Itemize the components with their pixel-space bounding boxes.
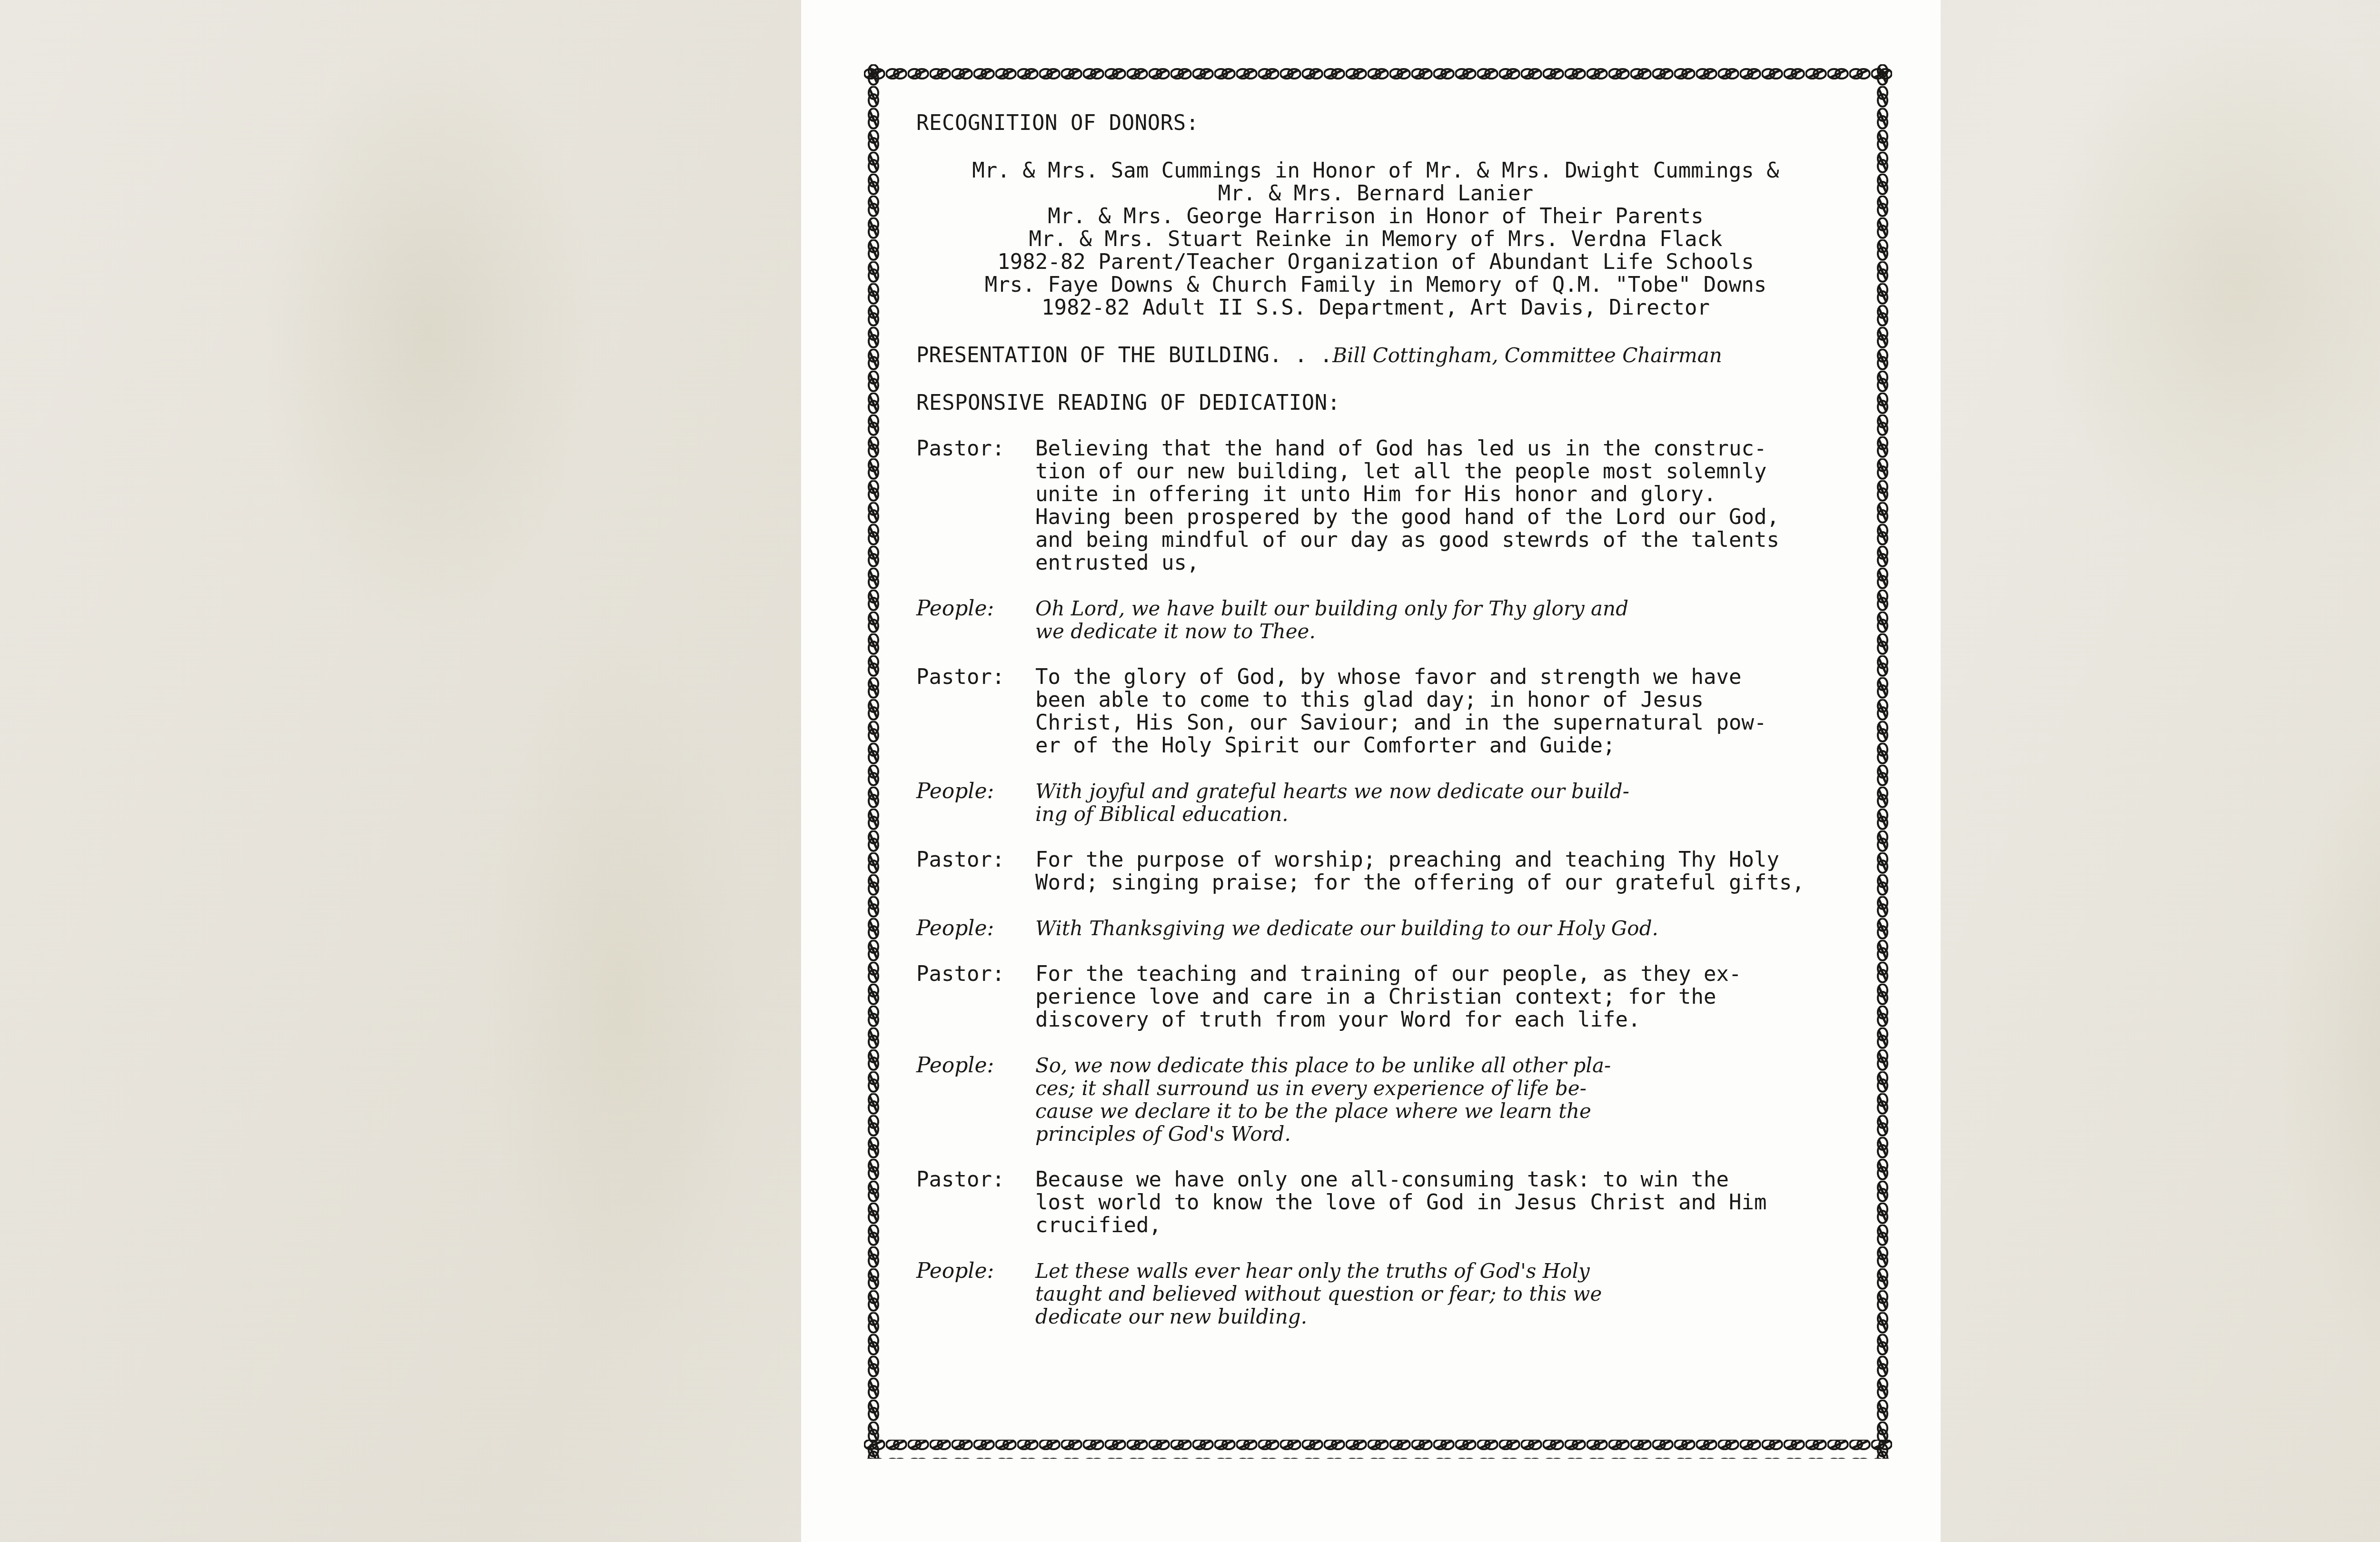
reading-text: Because we have only one all-consuming t… <box>1035 1168 1873 1237</box>
document-content: RECOGNITION OF DONORS: Mr. & Mrs. Sam Cu… <box>916 112 1873 1351</box>
reading-line: Christ, His Son, our Saviour; and in the… <box>1035 712 1873 734</box>
reading-text: Oh Lord, we have built our building only… <box>1035 597 1873 643</box>
reading-line: discovery of truth from your Word for ea… <box>1035 1008 1873 1031</box>
people-response: People:With Thanksgiving we dedicate our… <box>916 917 1873 940</box>
speaker-label: People: <box>916 597 1035 643</box>
reading-text: To the glory of God, by whose favor and … <box>1035 666 1873 757</box>
reading-text: Believing that the hand of God has led u… <box>1035 437 1873 574</box>
recognition-heading: RECOGNITION OF DONORS: <box>916 112 1873 135</box>
pastor-reading: Pastor:Believing that the hand of God ha… <box>916 437 1873 574</box>
reading-line: Let these walls ever hear only the truth… <box>1035 1260 1873 1283</box>
reading-line: and being mindful of our day as good ste… <box>1035 529 1873 552</box>
speaker-label: People: <box>916 1260 1035 1328</box>
donor-line: Mrs. Faye Downs & Church Family in Memor… <box>916 274 1835 297</box>
speaker-label: People: <box>916 917 1035 940</box>
donor-list: Mr. & Mrs. Sam Cummings in Honor of Mr. … <box>916 159 1873 319</box>
reading-line: To the glory of God, by whose favor and … <box>1035 666 1873 689</box>
reading-line: ing of Biblical education. <box>1035 803 1873 826</box>
pastor-reading: Pastor:For the teaching and training of … <box>916 963 1873 1031</box>
donor-line: Mr. & Mrs. Stuart Reinke in Memory of Mr… <box>916 228 1835 251</box>
reading-line: With joyful and grateful hearts we now d… <box>1035 780 1873 803</box>
pastor-reading: Pastor:To the glory of God, by whose fav… <box>916 666 1873 757</box>
reading-line: entrusted us, <box>1035 552 1873 574</box>
reading-line: So, we now dedicate this place to be unl… <box>1035 1054 1873 1077</box>
reading-line: tion of our new building, let all the pe… <box>1035 460 1873 483</box>
speaker-label: Pastor: <box>916 1168 1035 1237</box>
reading-line: unite in offering it unto Him for His ho… <box>1035 483 1873 506</box>
reading-text: For the teaching and training of our peo… <box>1035 963 1873 1031</box>
reading-line: dedicate our new building. <box>1035 1305 1873 1328</box>
donor-line: 1982-82 Adult II S.S. Department, Art Da… <box>916 297 1835 319</box>
speaker-label: Pastor: <box>916 849 1035 894</box>
people-response: People:With joyful and grateful hearts w… <box>916 780 1873 826</box>
reading-line: Because we have only one all-consuming t… <box>1035 1168 1873 1191</box>
reading-line: perience love and care in a Christian co… <box>1035 986 1873 1008</box>
reading-line: crucified, <box>1035 1214 1873 1237</box>
speaker-label: People: <box>916 780 1035 826</box>
presentation-label: PRESENTATION OF THE BUILDING. . . <box>916 343 1332 367</box>
donor-line: Mr. & Mrs. Sam Cummings in Honor of Mr. … <box>916 159 1835 182</box>
reading-line: cause we declare it to be the place wher… <box>1035 1100 1873 1123</box>
speaker-label: People: <box>916 1054 1035 1146</box>
reading-line: er of the Holy Spirit our Comforter and … <box>1035 734 1873 757</box>
reading-text: So, we now dedicate this place to be unl… <box>1035 1054 1873 1146</box>
donor-line: Mr. & Mrs. George Harrison in Honor of T… <box>916 205 1835 228</box>
reading-line: With Thanksgiving we dedicate our buildi… <box>1035 917 1873 940</box>
reading-line: Believing that the hand of God has led u… <box>1035 437 1873 460</box>
speaker-label: Pastor: <box>916 963 1035 1031</box>
responsive-reading: Pastor:Believing that the hand of God ha… <box>916 437 1873 1328</box>
reading-line: we dedicate it now to Thee. <box>1035 620 1873 643</box>
reading-line: been able to come to this glad day; in h… <box>1035 689 1873 712</box>
donor-line: Mr. & Mrs. Bernard Lanier <box>916 182 1835 205</box>
presenter-name: Bill Cottingham, Committee Chairman <box>1332 344 1722 367</box>
responsive-reading-heading: RESPONSIVE READING OF DEDICATION: <box>916 392 1873 415</box>
people-response: People:So, we now dedicate this place to… <box>916 1054 1873 1146</box>
reading-text: With joyful and grateful hearts we now d… <box>1035 780 1873 826</box>
reading-line: ces; it shall surround us in every exper… <box>1035 1077 1873 1100</box>
reading-text: With Thanksgiving we dedicate our buildi… <box>1035 917 1873 940</box>
reading-line: For the purpose of worship; preaching an… <box>1035 849 1873 871</box>
reading-line: Word; singing praise; for the offering o… <box>1035 871 1873 894</box>
pastor-reading: Pastor:Because we have only one all-cons… <box>916 1168 1873 1237</box>
speaker-label: Pastor: <box>916 666 1035 757</box>
reading-line: lost world to know the love of God in Je… <box>1035 1191 1873 1214</box>
people-response: People:Let these walls ever hear only th… <box>916 1260 1873 1328</box>
reading-text: Let these walls ever hear only the truth… <box>1035 1260 1873 1328</box>
reading-line: principles of God's Word. <box>1035 1123 1873 1146</box>
reading-line: Having been prospered by the good hand o… <box>1035 506 1873 529</box>
speaker-label: Pastor: <box>916 437 1035 574</box>
reading-line: taught and believed without question or … <box>1035 1283 1873 1305</box>
presentation-line: PRESENTATION OF THE BUILDING. . .Bill Co… <box>916 344 1873 367</box>
people-response: People:Oh Lord, we have built our buildi… <box>916 597 1873 643</box>
reading-text: For the purpose of worship; preaching an… <box>1035 849 1873 894</box>
pastor-reading: Pastor:For the purpose of worship; preac… <box>916 849 1873 894</box>
donor-line: 1982-82 Parent/Teacher Organization of A… <box>916 251 1835 274</box>
reading-line: For the teaching and training of our peo… <box>1035 963 1873 986</box>
reading-line: Oh Lord, we have built our building only… <box>1035 597 1873 620</box>
